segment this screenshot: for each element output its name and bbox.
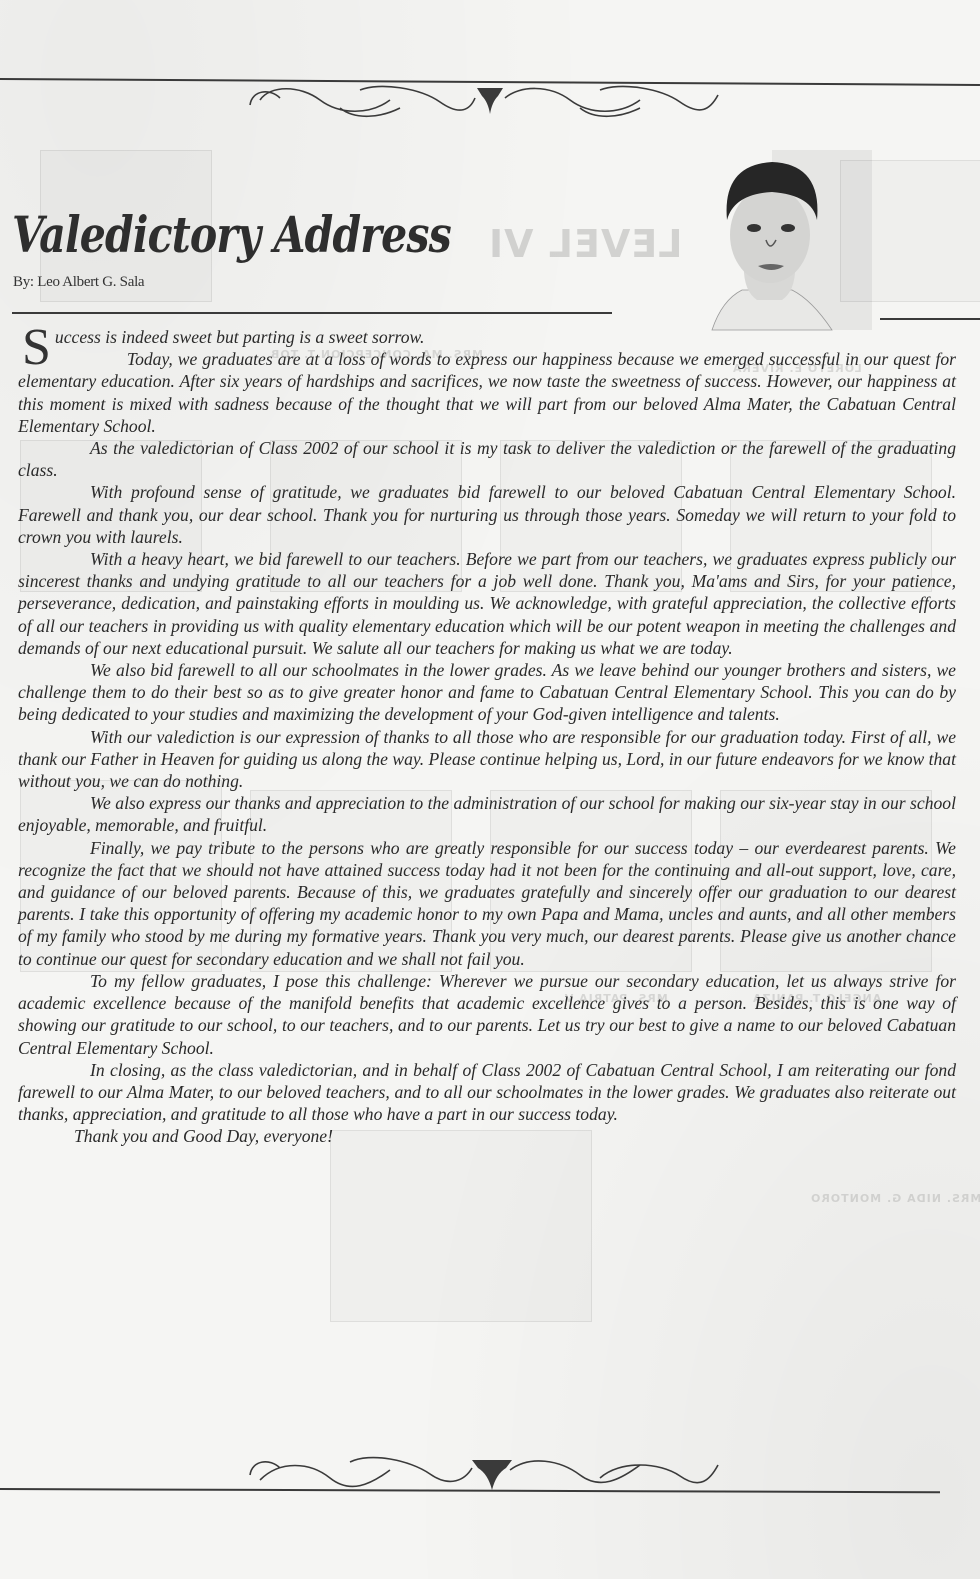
- portrait-icon: [682, 150, 872, 340]
- ghost-heading: LEVEL VI: [488, 222, 683, 266]
- closing-line: Thank you and Good Day, everyone!: [18, 1125, 956, 1147]
- paragraph: We also express our thanks and appreciat…: [18, 792, 956, 836]
- paragraph: As the valedictorian of Class 2002 of ou…: [18, 437, 956, 481]
- byline: By: Leo Albert G. Sala: [13, 274, 144, 291]
- paragraph: Finally, we pay tribute to the persons w…: [18, 837, 956, 970]
- paragraph: With our valediction is our expression o…: [18, 726, 956, 793]
- document-title: Valedictory Address: [12, 205, 451, 264]
- paragraph: In closing, as the class valedictorian, …: [18, 1059, 956, 1126]
- title-rule: [12, 312, 612, 314]
- bottom-flourish-icon: [240, 1450, 740, 1500]
- top-flourish-icon: [240, 80, 740, 130]
- address-body: Success is indeed sweet but parting is a…: [18, 326, 956, 1148]
- paragraph: We also bid farewell to all our schoolma…: [18, 659, 956, 726]
- paragraph: With a heavy heart, we bid farewell to o…: [18, 548, 956, 659]
- side-rule: [880, 318, 980, 320]
- ghost-label: MRS. NIDA G. MONTORO: [810, 1192, 980, 1205]
- ghost-photo: [330, 1130, 592, 1322]
- paragraph: To my fellow graduates, I pose this chal…: [18, 970, 956, 1059]
- portrait-photo: [682, 150, 872, 340]
- scanned-page: LEVEL VI LORETO E. RIVERA MRS. MA. CONCE…: [0, 0, 980, 1579]
- paragraph: Today, we graduates are at a loss of wor…: [18, 348, 956, 437]
- opening-line: Success is indeed sweet but parting is a…: [18, 326, 956, 348]
- drop-cap: S: [22, 328, 51, 368]
- paragraph: With profound sense of gratitude, we gra…: [18, 481, 956, 548]
